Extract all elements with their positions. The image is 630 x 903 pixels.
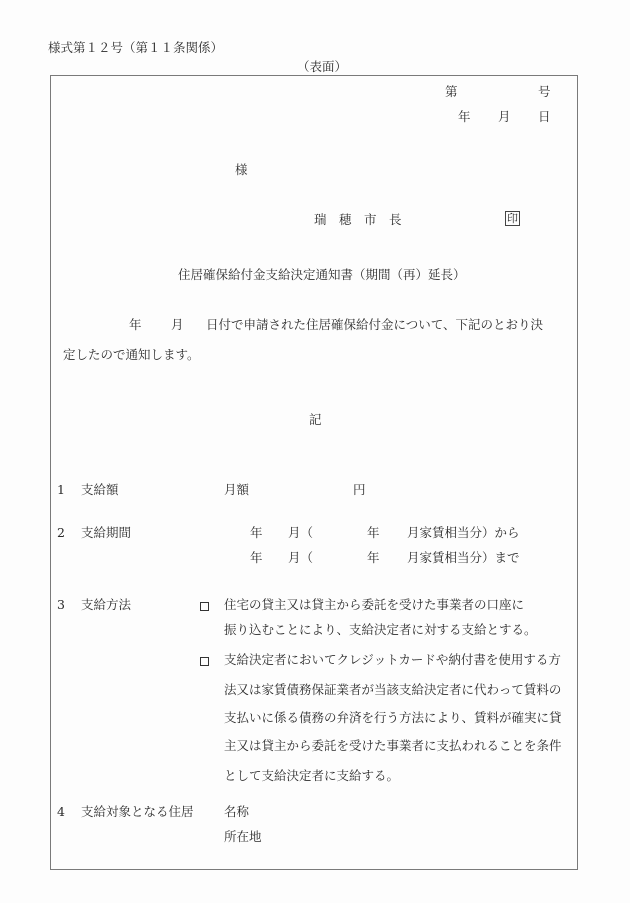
item-1-unit: 円 — [353, 484, 366, 497]
item-1-label: 支給額 — [81, 484, 119, 497]
method-option-2-line-2: 法又は家賃債務保証業者が当該支給決定者に代わって賃料の — [224, 684, 561, 697]
seal-icon: 印 — [505, 211, 520, 226]
method-option-1-line-2: 振り込むことにより、支給決定者に対する支給とする。 — [224, 624, 537, 637]
period-to-year2: 年 — [367, 552, 380, 565]
method-option-2-line-3: 支払いに係る債務の弁済を行う方法により、賃料が確実に貸 — [224, 712, 562, 725]
method-option-2-line-1: 支給決定者においてクレジットカードや納付書を使用する方 — [224, 654, 561, 667]
issuer: 瑞 穂 市 長 — [314, 214, 402, 227]
item-1-monthly-label: 月額 — [224, 484, 249, 497]
item-1-number: 1 — [57, 484, 65, 497]
item-4-number: 4 — [57, 806, 65, 819]
seal-mark: 印 — [505, 211, 520, 226]
checkbox-icon — [200, 657, 209, 666]
body-month: 月 — [171, 319, 184, 332]
date-month: 月 — [498, 111, 511, 124]
period-to-tail: 月家賃相当分）まで — [407, 552, 520, 565]
body-line1: 日付で申請された住居確保給付金について、下記のとおり決 — [206, 319, 543, 332]
addressee-suffix: 様 — [235, 164, 248, 177]
date-year: 年 — [458, 111, 471, 124]
side-label: （表面） — [297, 61, 347, 74]
method-option-2-line-4: 主又は貸主から委託を受けた事業者に支払われることを条件 — [224, 740, 562, 753]
period-to-year: 年 — [250, 552, 263, 565]
item-3-number: 3 — [57, 599, 65, 612]
period-to-month: 月（ — [288, 552, 313, 565]
method-option-2-checkbox[interactable] — [200, 656, 209, 669]
ki-heading: 記 — [309, 414, 322, 427]
number-suffix: 号 — [538, 86, 551, 99]
item-2-number: 2 — [57, 527, 65, 540]
body-year: 年 — [129, 319, 142, 332]
document-title: 住居確保給付金支給決定通知書（期間（再）延長） — [178, 269, 466, 282]
period-from-year2: 年 — [367, 527, 380, 540]
item-3-label: 支給方法 — [81, 599, 131, 612]
item-4-label: 支給対象となる住居 — [81, 806, 194, 819]
date-day: 日 — [538, 111, 551, 124]
period-from-tail: 月家賃相当分）から — [407, 527, 520, 540]
period-from-month: 月（ — [288, 527, 313, 540]
item-2-label: 支給期間 — [81, 527, 131, 540]
period-from-year: 年 — [250, 527, 263, 540]
method-option-2-line-5: として支給決定者に支給する。 — [224, 770, 399, 783]
method-option-1-line-1: 住宅の貸主又は貸主から委託を受けた事業者の口座に — [224, 599, 524, 612]
body-line2: 定したので通知します。 — [63, 349, 200, 362]
residence-address-label: 所在地 — [224, 831, 262, 844]
number-prefix: 第 — [445, 86, 458, 99]
checkbox-icon — [200, 602, 209, 611]
residence-name-label: 名称 — [224, 806, 249, 819]
method-option-1-checkbox[interactable] — [200, 601, 209, 614]
form-number: 様式第１２号（第１１条関係） — [48, 42, 223, 55]
